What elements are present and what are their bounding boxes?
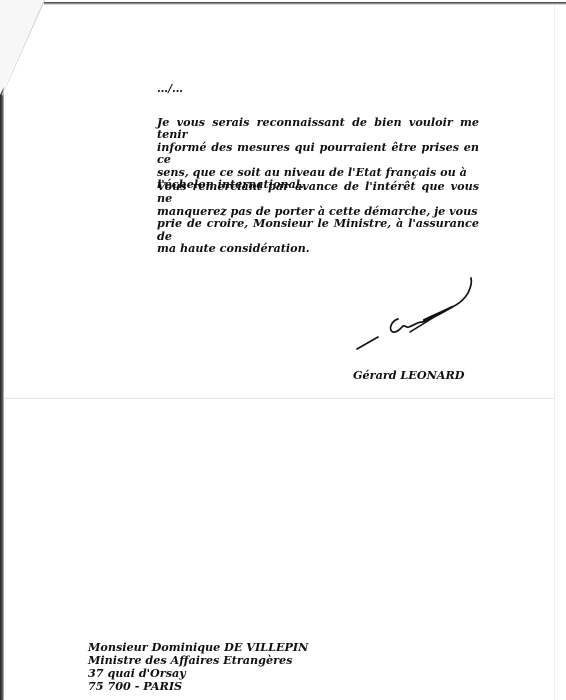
paragraph-line: ma haute considération. [157, 242, 479, 254]
paragraph-line: Vous remerciant par avance de l'intérêt … [157, 180, 479, 205]
paragraph-line: prie de croire, Monsieur le Ministre, à … [157, 217, 479, 242]
handwritten-signature-icon [340, 270, 490, 360]
signer-name: Gérard LEONARD [353, 369, 464, 381]
paper-fold-line [4, 398, 554, 399]
recipient-address: Monsieur Dominique DE VILLEPIN Ministre … [88, 641, 308, 693]
paragraph-line: Je vous serais reconnaissant de bien vou… [157, 116, 479, 141]
paragraph-closing: Vous remerciant par avance de l'intérêt … [157, 180, 479, 254]
paragraph-line: informé des mesures qui pourraient être … [157, 141, 479, 166]
scan-top-border [44, 2, 566, 5]
scan-left-border [0, 0, 4, 700]
address-line-city: 75 700 - PARIS [88, 680, 308, 693]
paper-right-edge [554, 6, 555, 700]
continuation-marker: …/… [157, 83, 183, 95]
